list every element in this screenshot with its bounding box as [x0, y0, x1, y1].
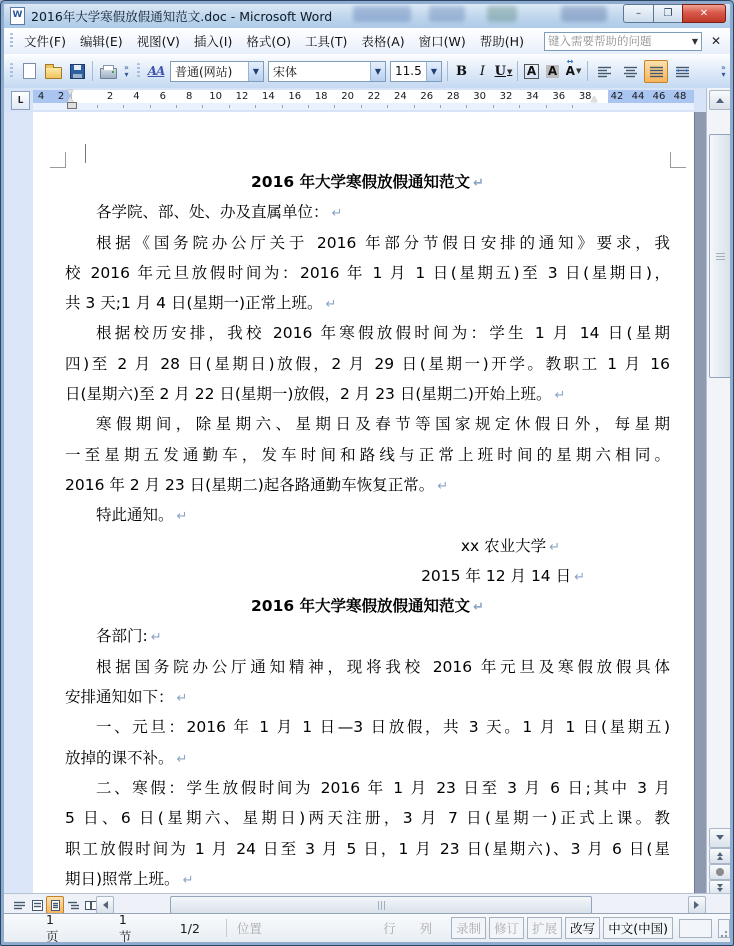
ruler-tick: [282, 105, 283, 108]
ruler-number: 18: [315, 90, 328, 103]
character-scaling-icon: ↔A: [566, 64, 575, 78]
status-toggle[interactable]: 扩展: [527, 917, 562, 939]
document-line: 日(星期六)至 2 月 22 日(星期一)放假，2 月 23 日(星期二)开始上…: [65, 379, 670, 409]
styles-icon: AA: [148, 64, 165, 78]
status-page-number: 1 页: [46, 912, 67, 945]
document-line: 5 日、6 日(星期六、星期日)两天注册，3 月 7 日(星期一)正式上课。教: [65, 803, 670, 833]
title-bar: W 2016年大学寒假放假通知范文.doc - Microsoft Word –…: [1, 1, 733, 28]
document-line: 各学院、部、处、办及直属单位：↵: [65, 197, 670, 227]
menu-item[interactable]: 格式(O): [239, 28, 298, 54]
normal-view-icon: [14, 900, 25, 911]
paragraph-mark-icon: ↵: [473, 176, 484, 191]
glass-reflection: [353, 6, 411, 22]
ruler-number: 4: [133, 90, 139, 103]
horizontal-scroll-thumb[interactable]: [170, 896, 592, 914]
ruler-number: 48: [674, 90, 687, 103]
line-text: 根据《国务院办公厅关于 2016 年部分节假日安排的通知》要求，我: [96, 234, 670, 252]
style-combobox[interactable]: 普通(网站) ▼: [170, 61, 264, 82]
line-text: 根据校历安排，我校 2016 年寒假放假时间为：学生 1 月 14 日(星期: [96, 324, 670, 342]
line-text: 安排通知如下：: [65, 688, 174, 706]
scale-label: A: [566, 64, 575, 78]
document-line: 2016 年 2 月 23 日(星期二)起各路通勤车恢复正常。↵: [65, 470, 670, 500]
character-shading-button[interactable]: A: [543, 61, 562, 82]
document-line: 一至星期五发通勤车，发车时间和路线与正常上班时间的星期六相同。: [65, 440, 670, 470]
menubar-close-button[interactable]: ✕: [707, 34, 725, 48]
paragraph-mark-icon: ↵: [332, 206, 343, 221]
ruler-tick-band: [33, 103, 694, 110]
ruler-tick: [123, 105, 124, 108]
ruler-tick: [229, 105, 230, 108]
window-title: 2016年大学寒假放假通知范文.doc - Microsoft Word: [31, 7, 332, 25]
paragraph-mark-icon: ↵: [177, 509, 188, 524]
print-button[interactable]: [96, 60, 120, 83]
glass-reflection: [561, 6, 607, 22]
status-toggle[interactable]: 改写: [565, 917, 600, 939]
line-text: 2016 年大学寒假放假通知范文: [251, 173, 470, 191]
line-text: 一至星期五发通勤车，发车时间和路线与正常上班时间的星期六相同。: [65, 446, 670, 464]
ruler-number: 26: [420, 90, 433, 103]
character-scaling-button[interactable]: ↔A▼: [564, 61, 583, 82]
ruler-tick: [255, 105, 256, 108]
right-indent-icon[interactable]: ▲: [591, 94, 597, 103]
align-distribute-icon: [676, 65, 689, 78]
status-mode-toggles: 录制修订扩展改写: [448, 917, 600, 939]
document-line: 一、元旦：2016 年 1 月 1 日—3 日放假，共 3 天。1 月 1 日(…: [65, 712, 670, 742]
ruler-tick: [202, 105, 203, 108]
document-text[interactable]: 2016 年大学寒假放假通知范文↵各学院、部、处、办及直属单位：↵根据《国务院办…: [65, 167, 670, 893]
paragraph-mark-icon: ↵: [177, 691, 188, 706]
save-button[interactable]: [65, 60, 89, 83]
status-section-number: 1 节: [119, 912, 140, 945]
line-text: 共 3 天;1 月 4 日(星期一)正常上班。: [65, 294, 323, 312]
underline-label: U: [495, 64, 506, 79]
paragraph-mark-icon: ↵: [151, 630, 162, 645]
chevron-down-icon[interactable]: ▼: [576, 67, 581, 75]
status-empty-box: [679, 919, 712, 938]
italic-button[interactable]: I: [473, 61, 492, 82]
toolbar-separator: [92, 61, 93, 81]
margin-crop-mark-left: [50, 152, 66, 168]
document-line: 安排通知如下：↵: [65, 682, 670, 712]
line-text: 日(星期六)至 2 月 22 日(星期一)放假，2 月 23 日(星期二)开始上…: [65, 385, 551, 403]
new-document-icon: [23, 63, 36, 79]
minimize-icon: –: [636, 8, 641, 19]
character-border-icon: A: [524, 64, 539, 79]
close-icon: ✕: [700, 8, 708, 19]
menu-item[interactable]: 窗口(W): [412, 28, 473, 54]
document-line: 放掉的课不补。↵: [65, 743, 670, 773]
document-line: 校 2016 年元旦放假时间为：2016 年 1 月 1 日(星期五)至 3 日…: [65, 258, 670, 288]
paragraph-mark-icon: ↵: [549, 540, 560, 555]
vertical-scrollbar[interactable]: [706, 88, 731, 893]
document-page[interactable]: 2016 年大学寒假放假通知范文↵各学院、部、处、办及直属单位：↵根据《国务院办…: [33, 112, 694, 893]
bold-button[interactable]: B: [452, 61, 471, 82]
ruler-tick: [493, 105, 494, 108]
align-center-icon: [624, 65, 637, 78]
document-line: xx 农业大学↵: [65, 531, 670, 561]
line-text: xx 农业大学: [461, 537, 546, 555]
web-layout-icon: [32, 900, 43, 911]
help-search-input[interactable]: 键入需要帮助的问题 ▼: [544, 32, 702, 51]
help-placeholder: 键入需要帮助的问题: [548, 33, 652, 49]
toolbar-options-button[interactable]: » ▾: [717, 56, 730, 86]
document-line: 共 3 天;1 月 4 日(星期一)正常上班。↵: [65, 288, 670, 318]
line-text: 寒假期间，除星期六、星期日及春节等国家规定休假日外，每星期: [96, 415, 670, 433]
ruler-number: 14: [262, 90, 275, 103]
open-button[interactable]: [41, 60, 65, 83]
document-line: 2016 年大学寒假放假通知范文↵: [65, 167, 670, 197]
ruler-number: 12: [236, 90, 249, 103]
menu-item[interactable]: 文件(F): [17, 28, 73, 54]
document-line: 根据《国务院办公厅关于 2016 年部分节假日安排的通知》要求，我: [65, 228, 670, 258]
menu-item[interactable]: 编辑(E): [73, 28, 130, 54]
align-justify-icon: [598, 65, 611, 78]
menu-bar: 文件(F)编辑(E)视图(V)插入(I)格式(O)工具(T)表格(A)窗口(W)…: [4, 28, 730, 55]
print-layout-icon: [50, 900, 61, 911]
line-text: 根据国务院办公厅通知精神，现将我校 2016 年元旦及寒假放假具体: [96, 658, 670, 676]
status-column-label: 列: [420, 919, 433, 937]
status-position-label: 位置: [237, 919, 262, 937]
document-line: 2015 年 12 月 14 日↵: [65, 561, 670, 591]
chevron-down-icon[interactable]: ▼: [370, 62, 385, 81]
toolbar-separator: [447, 61, 448, 81]
chevron-down-icon[interactable]: ▼: [248, 62, 263, 81]
previous-page-button[interactable]: [709, 848, 731, 864]
ruler-tick: [414, 105, 415, 108]
scale-arrows-icon: ↔: [567, 57, 574, 66]
ruler-number: 2: [58, 90, 64, 103]
horizontal-ruler[interactable]: ▼ ▲ ▲ 4224681012141618202224262830323436…: [33, 90, 694, 110]
chevron-down-icon[interactable]: ▼: [426, 62, 441, 81]
line-text: 二、寒假：学生放假时间为 2016 年 1 月 23 日至 3 月 6 日;其中…: [96, 779, 670, 797]
menu-item[interactable]: 视图(V): [130, 28, 187, 54]
scrollbar-corner: [706, 893, 730, 914]
ruler-tick: [466, 105, 467, 108]
status-bar: 1 页 1 节 1/2 位置 行 列 录制修订扩展改写 中文(中国): [4, 913, 730, 942]
line-text: 5 日、6 日(星期六、星期日)两天注册，3 月 7 日(星期一)正式上课。教: [65, 809, 670, 827]
document-line: 四)至 2 月 28 日(星期日)放假，2 月 29 日(星期一)开学。教职工 …: [65, 349, 670, 379]
document-line: 根据国务院办公厅通知精神，现将我校 2016 年元旦及寒假放假具体: [65, 652, 670, 682]
maximize-button[interactable]: ❐: [653, 4, 682, 23]
ruler-tick: [387, 105, 388, 108]
ruler-tick: [334, 105, 335, 108]
ruler-tick: [546, 105, 547, 108]
menu-item[interactable]: 表格(A): [354, 28, 411, 54]
ruler-number: 32: [500, 90, 513, 103]
ruler-number: 6: [160, 90, 166, 103]
scroll-left-button[interactable]: [96, 896, 114, 914]
font-size-value: 11.5: [395, 64, 422, 78]
vertical-scroll-thumb[interactable]: [709, 134, 731, 378]
ruler-tick: [176, 105, 177, 108]
line-text: 2016 年 2 月 23 日(星期二)起各路通勤车恢复正常。: [65, 476, 434, 494]
line-text: 职工放假时间为 1 月 24 日至 3 月 5 日，1 月 23 日(星期六)、…: [65, 840, 670, 858]
document-line: 职工放假时间为 1 月 24 日至 3 月 5 日，1 月 23 日(星期六)、…: [65, 834, 670, 864]
ruler-number: 10: [209, 90, 222, 103]
toolbar-options-button[interactable]: » ▾: [120, 56, 133, 86]
status-page-ratio: 1/2: [180, 921, 200, 936]
toolbar-separator: [587, 61, 588, 81]
status-position-group: 位置 行 列: [226, 919, 442, 937]
resize-grip-icon[interactable]: [719, 931, 727, 939]
document-line: 各部门:↵: [65, 621, 670, 651]
paragraph-mark-icon: ↵: [326, 297, 337, 312]
toolbar: » ▾ AA 普通(网站) ▼ 宋体 ▼ 11.5 ▼ B I U▼ A A ↔…: [4, 54, 730, 89]
ruler-number: 44: [632, 90, 645, 103]
save-diskette-icon: [70, 64, 85, 79]
toolbar-drag-handle[interactable]: [10, 33, 13, 49]
document-line: 2016 年大学寒假放假通知范文↵: [65, 591, 670, 621]
align-right-icon: [650, 65, 663, 78]
status-language[interactable]: 中文(中国): [603, 917, 673, 939]
document-line: 寒假期间，除星期六、星期日及春节等国家规定休假日外，每星期: [65, 409, 670, 439]
document-margin-strip: [4, 112, 34, 893]
ruler-number: 38: [579, 90, 592, 103]
word-app-icon: W: [10, 7, 25, 25]
arrow-left-icon: [99, 901, 108, 909]
underline-button[interactable]: U▼: [494, 61, 513, 82]
document-line: 二、寒假：学生放假时间为 2016 年 1 月 23 日至 3 月 6 日;其中…: [65, 773, 670, 803]
left-indent-icon[interactable]: [67, 102, 77, 109]
menu-item[interactable]: 工具(T): [298, 28, 354, 54]
line-text: 特此通知。: [96, 506, 174, 524]
scroll-right-button[interactable]: [688, 896, 706, 914]
status-line-label: 行: [383, 919, 396, 937]
ruler-number: 28: [447, 90, 460, 103]
status-toggle[interactable]: 修订: [489, 917, 524, 939]
indent-markers[interactable]: ▼ ▲: [67, 90, 77, 110]
glass-reflection: [487, 6, 517, 22]
scroll-up-button[interactable]: [709, 90, 731, 110]
font-size-combobox[interactable]: 11.5 ▼: [390, 61, 442, 82]
align-justify-button[interactable]: [592, 60, 616, 83]
menu-item[interactable]: 帮助(H): [473, 28, 531, 54]
printer-icon: [100, 68, 117, 79]
thumb-grip-icon: [378, 901, 385, 910]
paragraph-mark-icon: ↵: [574, 570, 585, 585]
scroll-down-button[interactable]: [709, 828, 731, 848]
toolbar-drag-handle[interactable]: [10, 63, 13, 79]
document-line: 特此通知。↵: [65, 500, 670, 530]
ruler-number: 16: [288, 90, 301, 103]
ruler-tick: [150, 105, 151, 108]
ruler-number: 22: [368, 90, 381, 103]
font-value: 宋体: [273, 63, 297, 80]
paragraph-mark-icon: ↵: [554, 388, 565, 403]
normal-view-button[interactable]: [10, 896, 28, 914]
document-line: 根据校历安排，我校 2016 年寒假放假时间为：学生 1 月 14 日(星期: [65, 318, 670, 348]
line-text: 校 2016 年元旦放假时间为：2016 年 1 月 1 日(星期五)至 3 日…: [65, 264, 670, 282]
close-button[interactable]: ✕: [682, 4, 726, 23]
margin-crop-mark-right: [670, 152, 686, 168]
outline-view-icon: [68, 900, 79, 911]
ruler-number: 36: [552, 90, 565, 103]
horizontal-scrollbar[interactable]: [4, 893, 706, 914]
line-text: 各部门:: [96, 627, 148, 645]
ruler-number: 42: [611, 90, 624, 103]
line-text: 2015 年 12 月 14 日: [421, 567, 571, 585]
chevron-down-icon: ▾: [124, 71, 128, 78]
arrow-down-icon: [716, 835, 724, 844]
style-value: 普通(网站): [175, 63, 232, 80]
maximize-icon: ❐: [664, 8, 673, 19]
double-arrow-up-icon: [717, 853, 723, 860]
new-document-button[interactable]: [17, 60, 41, 83]
line-text: 期日)照常上班。: [65, 870, 180, 888]
line-text: 放掉的课不补。: [65, 749, 174, 767]
line-text: 各学院、部、处、办及直属单位：: [96, 203, 329, 221]
status-toggle[interactable]: 录制: [451, 917, 486, 939]
ruler-tick: [440, 105, 441, 108]
browse-object-icon: [716, 868, 724, 876]
ruler-number: 46: [653, 90, 666, 103]
font-combobox[interactable]: 宋体 ▼: [268, 61, 386, 82]
paragraph-mark-icon: ↵: [437, 479, 448, 494]
chevron-down-icon: ▾: [721, 71, 725, 78]
menu-item[interactable]: 插入(I): [187, 28, 239, 54]
ruler-tick: [308, 105, 309, 108]
web-layout-view-button[interactable]: [28, 896, 46, 914]
open-folder-icon: [45, 67, 62, 79]
ruler-number: 8: [186, 90, 192, 103]
paragraph-mark-icon: ↵: [177, 752, 188, 767]
ruler-tick: [97, 105, 98, 108]
minimize-button[interactable]: –: [623, 4, 653, 23]
align-center-button[interactable]: [618, 60, 642, 83]
styles-and-formatting-button[interactable]: AA: [144, 60, 168, 83]
thumb-grip-icon: [716, 253, 725, 260]
ruler-number: 20: [341, 90, 354, 103]
ruler-tick: [519, 105, 520, 108]
paragraph-mark-icon: ↵: [473, 600, 484, 615]
select-browse-object-button[interactable]: [709, 864, 731, 880]
line-text: 一、元旦：2016 年 1 月 1 日—3 日放假，共 3 天。1 月 1 日(…: [96, 718, 670, 736]
chevron-down-icon[interactable]: ▼: [507, 67, 512, 76]
align-distribute-button[interactable]: [670, 60, 694, 83]
arrow-up-icon: [716, 94, 724, 103]
character-border-button[interactable]: A: [522, 61, 541, 82]
text-cursor: [85, 144, 86, 163]
ruler-number: 24: [394, 90, 407, 103]
toolbar-drag-handle[interactable]: [137, 63, 140, 79]
ruler-row: L ▼ ▲ ▲ 42246810121416182022242628303234…: [4, 88, 706, 112]
chevron-down-icon[interactable]: ▼: [692, 37, 698, 46]
ruler-tick: [572, 105, 573, 108]
ruler-tick: [361, 105, 362, 108]
ruler-number: 30: [473, 90, 486, 103]
tab-stop-selector[interactable]: L: [11, 91, 30, 110]
line-text: 四)至 2 月 28 日(星期日)放假，2 月 29 日(星期一)开学。教职工 …: [65, 355, 670, 373]
align-right-button[interactable]: [644, 60, 668, 83]
arrow-right-icon: [694, 901, 703, 909]
toolbar-separator: [517, 61, 518, 81]
paragraph-mark-icon: ↵: [183, 873, 194, 888]
document-line: 期日)照常上班。↵: [65, 864, 670, 893]
line-text: 2016 年大学寒假放假通知范文: [251, 597, 470, 615]
glass-reflection: [429, 6, 465, 22]
character-shading-icon: A: [546, 65, 559, 78]
ruler-number: 4: [38, 90, 44, 103]
ruler-number: 2: [107, 90, 113, 103]
ruler-number: 34: [526, 90, 539, 103]
